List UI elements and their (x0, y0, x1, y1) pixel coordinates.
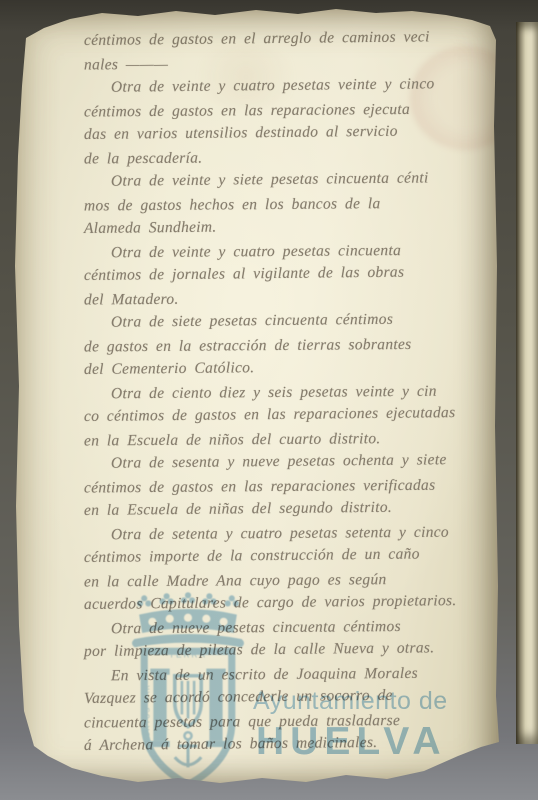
manuscript-line: Vazquez se acordó concederle un socorro … (84, 686, 500, 714)
manuscript-line: del Cementerio Católico. (84, 357, 500, 385)
manuscript-page: céntimos de gastos en el arreglo de cami… (10, 6, 508, 788)
manuscript-line: en la Escuela de niñas del segundo distr… (84, 498, 500, 526)
manuscript-line: Otra de veinte y siete pesetas cincuenta… (84, 169, 500, 197)
manuscript-line: co céntimos de gastos en las reparacione… (84, 404, 500, 432)
manuscript-line: céntimos de jornales al vigilante de las… (84, 263, 500, 291)
manuscript-line: por limpieza de piletas de la calle Nuev… (84, 639, 500, 667)
manuscript-text: céntimos de gastos en el arreglo de cami… (84, 32, 500, 761)
manuscript-line: Otra de siete pesetas cincuenta céntimos (84, 310, 500, 338)
manuscript-line: acuerdos Capitulares de cargo de varios … (84, 592, 500, 620)
manuscript-line: Otra de sesenta y nueve pesetas ochenta … (84, 451, 500, 479)
manuscript-line: Otra de veinte y cuatro pesetas veinte y… (84, 75, 500, 103)
manuscript-line: Alameda Sundheim. (84, 216, 500, 244)
manuscript-line: céntimos importe de la construcción de u… (84, 545, 500, 573)
manuscript-line: á Archena á tomar los baños medicinales. (84, 733, 500, 761)
next-page-edge (516, 22, 538, 744)
manuscript-line: das en varios utensilios destinado al se… (84, 122, 500, 150)
scan-background: céntimos de gastos en el arreglo de cami… (0, 0, 538, 800)
manuscript-line: céntimos de gastos en el arreglo de cami… (84, 28, 500, 56)
